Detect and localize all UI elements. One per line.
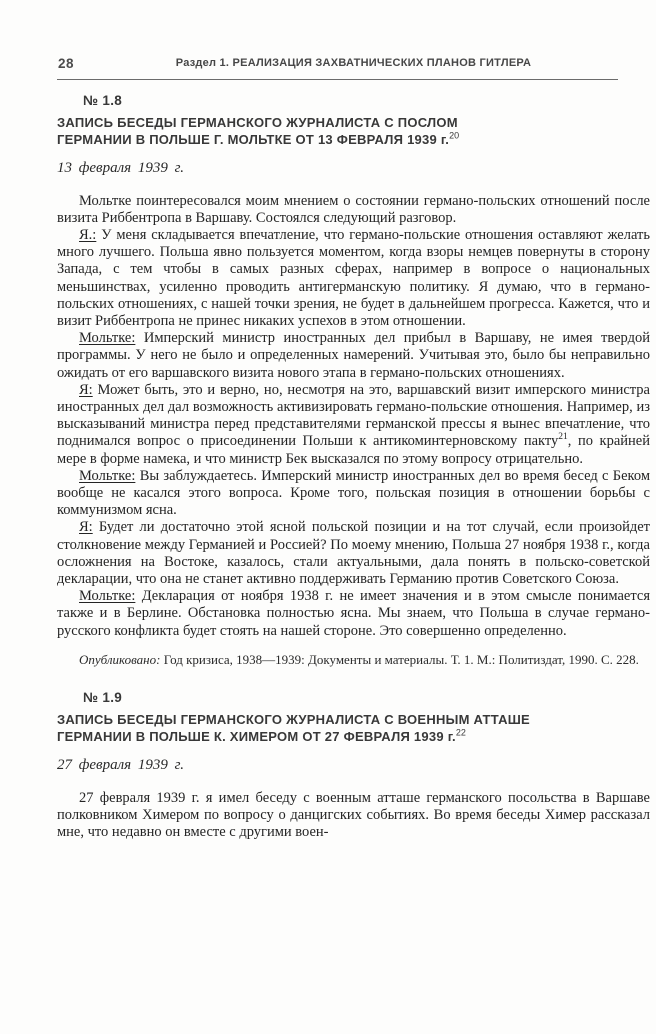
doc-date: 27 февраля 1939 г.: [57, 757, 650, 774]
footnote-reference: 22: [456, 728, 466, 738]
dialogue-text: Будет ли достаточно этой ясной польской …: [57, 519, 650, 587]
speaker-label: Мольтке:: [79, 330, 135, 346]
doc-title: ЗАПИСЬ БЕСЕДЫ ГЕРМАНСКОГО ЖУРНАЛИСТА С П…: [57, 115, 650, 149]
dialogue-text: У меня складывается впечатление, что гер…: [57, 227, 650, 329]
document-1-9: № 1.9 ЗАПИСЬ БЕСЕДЫ ГЕРМАНСКОГО ЖУРНАЛИС…: [57, 690, 650, 841]
footnote-reference: 21: [558, 433, 568, 443]
doc-title-text: ГЕРМАНИИ В ПОЛЬШЕ Г. МОЛЬТКЕ ОТ 13 ФЕВРА…: [57, 132, 449, 147]
dialogue-paragraph: Мольтке: Декларация от ноября 1938 г. не…: [57, 588, 650, 640]
dialogue-text: Декларация от ноября 1938 г. не имеет зн…: [57, 588, 650, 638]
doc-title-line: ГЕРМАНИИ В ПОЛЬШЕ К. ХИМЕРОМ ОТ 27 ФЕВРА…: [57, 729, 650, 746]
speaker-label: Мольтке:: [79, 588, 135, 604]
speaker-label: Мольтке:: [79, 468, 135, 484]
header-divider: [57, 79, 618, 80]
dialogue-paragraph: Я: Может быть, это и верно, но, несмотря…: [57, 382, 650, 468]
speaker-label: Я.:: [79, 227, 96, 243]
published-text: Год кризиса, 1938—1939: Документы и мате…: [164, 652, 639, 667]
speaker-label: Я:: [79, 519, 93, 535]
book-page: 28 Раздел 1. РЕАЛИЗАЦИЯ ЗАХВАТНИЧЕСКИХ П…: [0, 0, 656, 1034]
doc-title-line: ЗАПИСЬ БЕСЕДЫ ГЕРМАНСКОГО ЖУРНАЛИСТА С В…: [57, 712, 650, 729]
paragraph-intro: Мольтке поинтересовался моим мнением о с…: [57, 193, 650, 227]
doc-title-line: ГЕРМАНИИ В ПОЛЬШЕ Г. МОЛЬТКЕ ОТ 13 ФЕВРА…: [57, 132, 650, 149]
doc-number: № 1.8: [83, 93, 650, 108]
doc-number: № 1.9: [83, 690, 650, 705]
dialogue-paragraph: Мольтке: Имперский министр иностранных д…: [57, 330, 650, 382]
dialogue-paragraph: Я.: У меня складывается впечатление, что…: [57, 227, 650, 330]
dialogue-text: Имперский министр иностранных дел прибыл…: [57, 330, 650, 380]
doc-title-text: ГЕРМАНИИ В ПОЛЬШЕ К. ХИМЕРОМ ОТ 27 ФЕВРА…: [57, 729, 456, 744]
running-header: 28 Раздел 1. РЕАЛИЗАЦИЯ ЗАХВАТНИЧЕСКИХ П…: [57, 56, 650, 71]
published-label: Опубликовано:: [79, 652, 160, 667]
published-note: Опубликовано: Год кризиса, 1938—1939: До…: [57, 651, 650, 669]
doc-title-line: ЗАПИСЬ БЕСЕДЫ ГЕРМАНСКОГО ЖУРНАЛИСТА С П…: [57, 115, 650, 132]
speaker-label: Я:: [79, 382, 93, 398]
doc-date: 13 февраля 1939 г.: [57, 160, 650, 177]
footnote-reference: 20: [449, 130, 459, 140]
page-number: 28: [58, 56, 74, 71]
dialogue-text: Вы заблуждаетесь. Имперский министр инос…: [57, 468, 650, 518]
dialogue-paragraph: Я: Будет ли достаточно этой ясной польск…: [57, 519, 650, 588]
dialogue-paragraph: Мольтке: Вы заблуждаетесь. Имперский мин…: [57, 468, 650, 520]
paragraph-body: 27 февраля 1939 г. я имел беседу с военн…: [57, 790, 650, 842]
section-header: Раздел 1. РЕАЛИЗАЦИЯ ЗАХВАТНИЧЕСКИХ ПЛАН…: [57, 56, 650, 71]
doc-title: ЗАПИСЬ БЕСЕДЫ ГЕРМАНСКОГО ЖУРНАЛИСТА С В…: [57, 712, 650, 746]
document-1-8: № 1.8 ЗАПИСЬ БЕСЕДЫ ГЕРМАНСКОГО ЖУРНАЛИС…: [57, 93, 650, 668]
page-content: 28 Раздел 1. РЕАЛИЗАЦИЯ ЗАХВАТНИЧЕСКИХ П…: [0, 0, 650, 842]
